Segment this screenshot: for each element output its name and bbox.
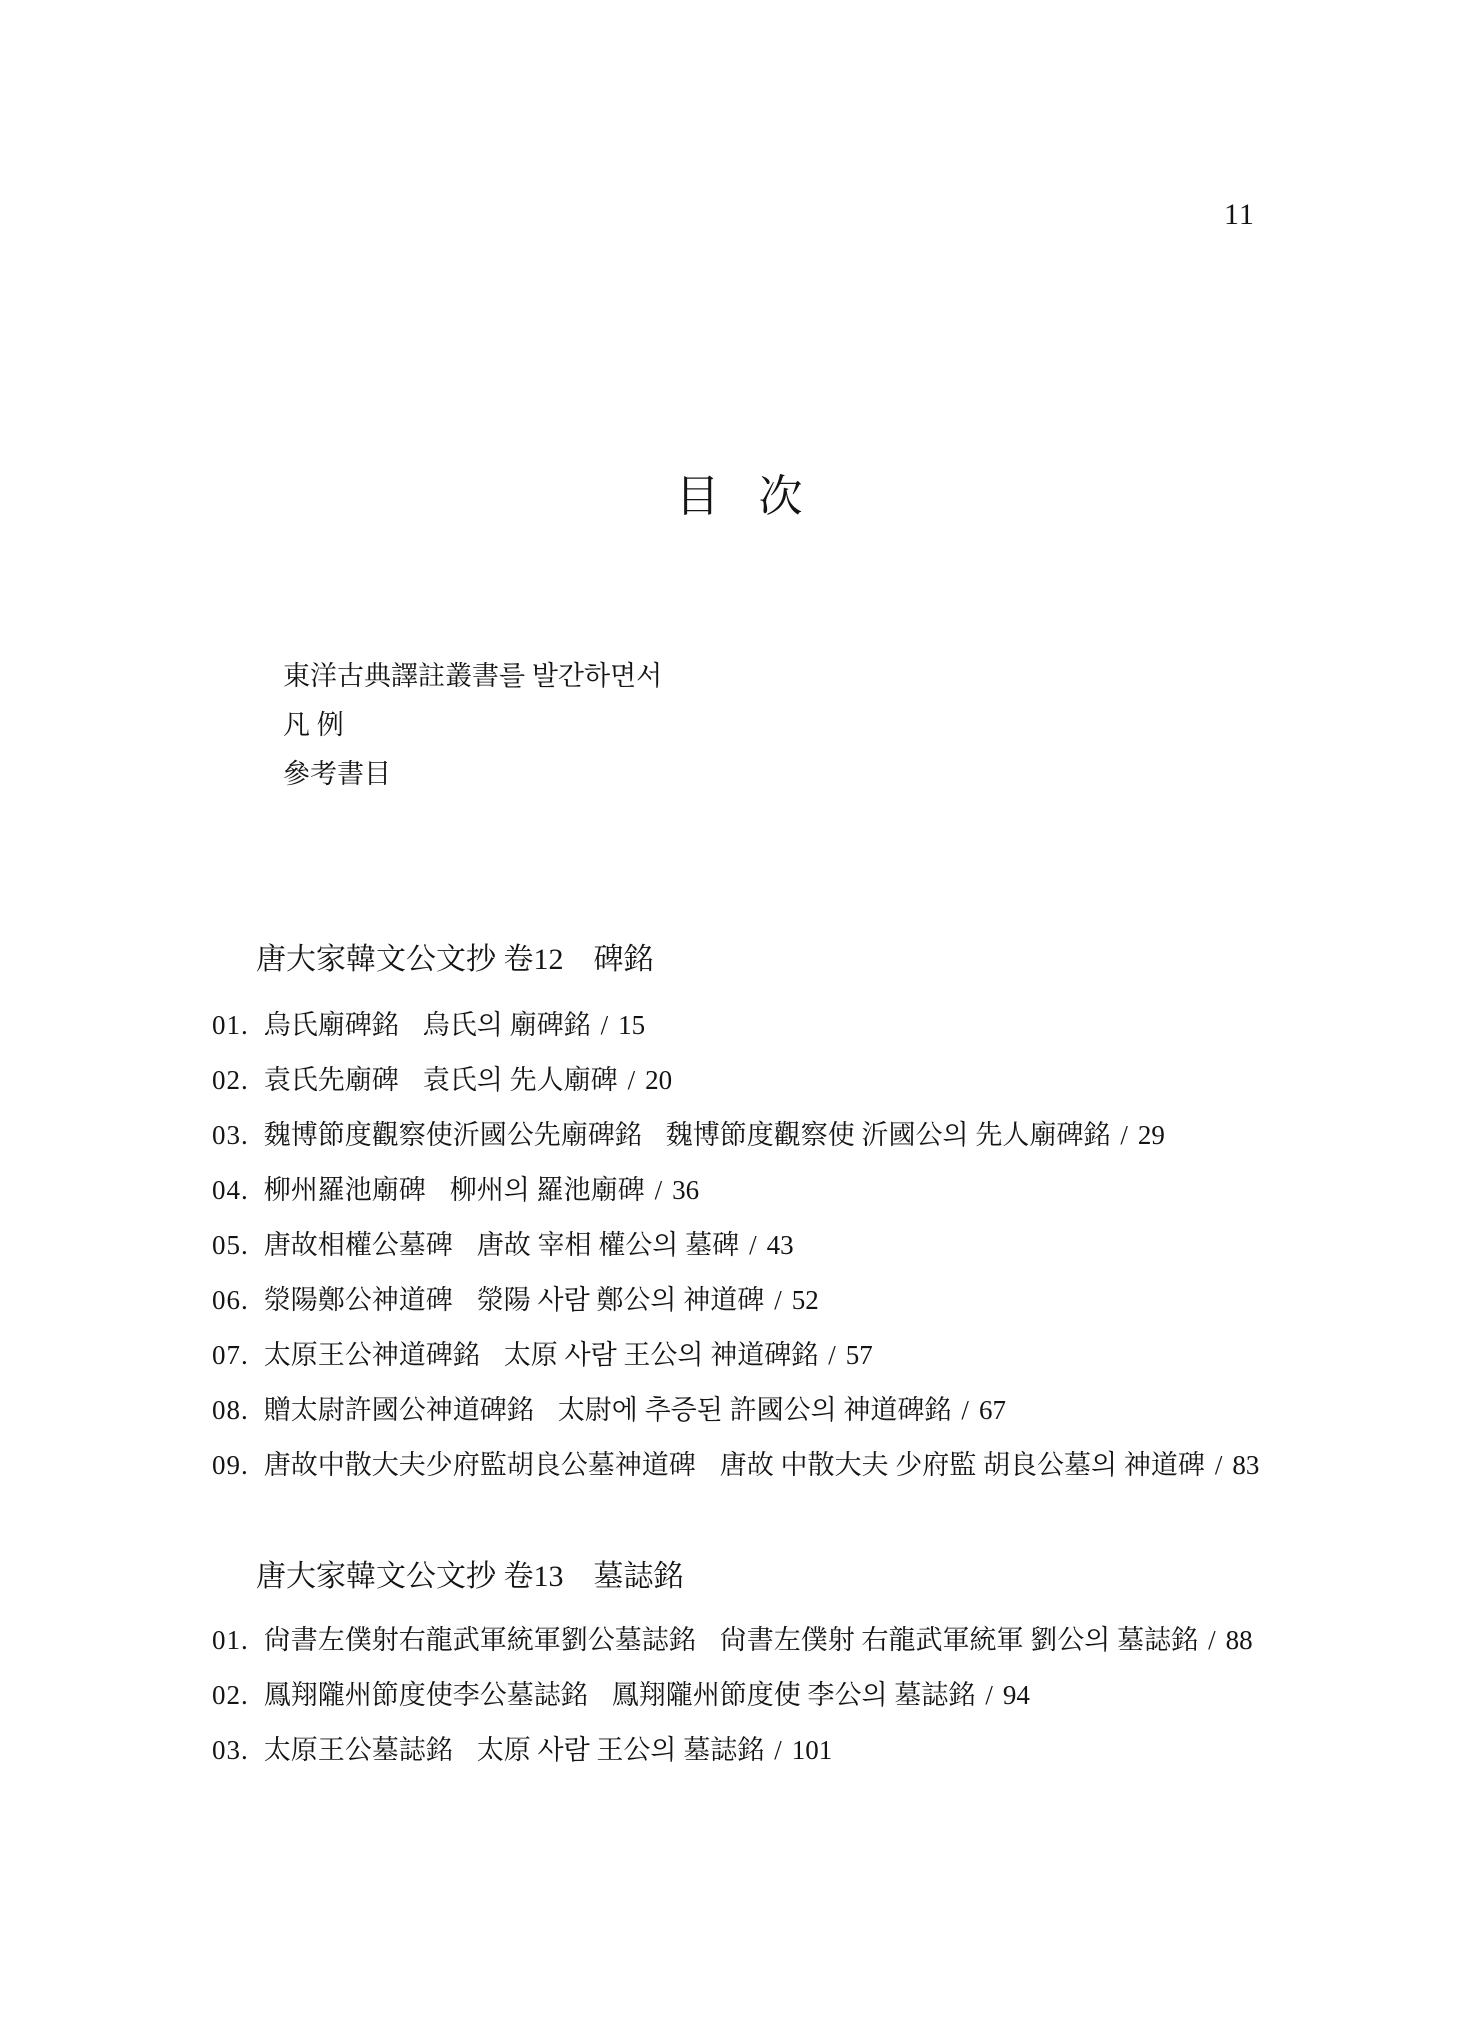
toc-item: 02.袁氏先廟碑袁氏의 先人廟碑/20 xyxy=(212,1063,1259,1118)
item-title-hanja: 鳳翔隴州節度使李公墓誌銘 xyxy=(264,1680,588,1710)
item-number-dot: . xyxy=(241,1680,248,1710)
item-page-number: 94 xyxy=(1003,1680,1030,1710)
page-separator: / xyxy=(655,1175,663,1205)
item-number: 02 xyxy=(212,1680,241,1710)
item-title-hanja: 柳州羅池廟碑 xyxy=(264,1175,426,1205)
item-number-dot: . xyxy=(241,1065,248,1095)
item-number-dot: . xyxy=(241,1175,248,1205)
item-title-korean: 唐故 宰相 權公의 墓碑 xyxy=(477,1230,739,1260)
toc-item: 01.尙書左僕射右龍武軍統軍劉公墓誌銘尙書左僕射 右龍武軍統軍 劉公의 墓誌銘/… xyxy=(212,1623,1253,1678)
page-separator: / xyxy=(774,1735,782,1765)
item-title-hanja: 袁氏先廟碑 xyxy=(264,1065,399,1095)
page-separator: / xyxy=(961,1395,969,1425)
item-number: 03 xyxy=(212,1735,241,1765)
toc-item: 07.太原王公神道碑銘太原 사람 王公의 神道碑銘/57 xyxy=(212,1338,1259,1393)
toc-list-vol12: 01.烏氏廟碑銘烏氏의 廟碑銘/15 02.袁氏先廟碑袁氏의 先人廟碑/20 0… xyxy=(212,1008,1259,1503)
item-title-korean: 滎陽 사람 鄭公의 神道碑 xyxy=(477,1285,765,1315)
page-separator: / xyxy=(985,1680,993,1710)
item-page-number: 43 xyxy=(767,1230,794,1260)
item-title-hanja: 太原王公神道碑銘 xyxy=(264,1340,480,1370)
item-title-korean: 太原 사람 王公의 墓誌銘 xyxy=(477,1735,765,1765)
toc-item: 05.唐故相權公墓碑唐故 宰相 權公의 墓碑/43 xyxy=(212,1228,1259,1283)
front-matter-list: 東洋古典譯註叢書를 발간하면서 凡 例 參考書目 xyxy=(283,660,662,807)
page-separator: / xyxy=(1208,1625,1216,1655)
item-number: 01 xyxy=(212,1010,241,1040)
page-separator: / xyxy=(1120,1120,1128,1150)
item-title-korean: 鳳翔隴州節度使 李公의 墓誌銘 xyxy=(612,1680,976,1710)
item-number: 07 xyxy=(212,1340,241,1370)
item-title-hanja: 魏博節度觀察使沂國公先廟碑銘 xyxy=(264,1120,642,1150)
document-page: 11 目 次 東洋古典譯註叢書를 발간하면서 凡 例 參考書目 唐大家韓文公文抄… xyxy=(0,0,1480,2024)
item-title-korean: 尙書左僕射 右龍武軍統軍 劉公의 墓誌銘 xyxy=(720,1625,1198,1655)
page-separator: / xyxy=(749,1230,757,1260)
toc-item: 04.柳州羅池廟碑柳州의 羅池廟碑/36 xyxy=(212,1173,1259,1228)
item-title-hanja: 唐故中散大夫少府監胡良公墓神道碑 xyxy=(264,1450,696,1480)
item-number-dot: . xyxy=(241,1230,248,1260)
item-title-hanja: 滎陽鄭公神道碑 xyxy=(264,1285,453,1315)
item-title-korean: 魏博節度觀察使 沂國公의 先人廟碑銘 xyxy=(666,1120,1111,1150)
item-title-korean: 烏氏의 廟碑銘 xyxy=(423,1010,591,1040)
page-separator: / xyxy=(628,1065,636,1095)
item-title-hanja: 贈太尉許國公神道碑銘 xyxy=(264,1395,534,1425)
item-title-korean: 太尉에 추증된 許國公의 神道碑銘 xyxy=(558,1395,952,1425)
item-title-hanja: 烏氏廟碑銘 xyxy=(264,1010,399,1040)
item-number-dot: . xyxy=(241,1395,248,1425)
page-number: 11 xyxy=(1224,198,1255,232)
item-title-korean: 柳州의 羅池廟碑 xyxy=(450,1175,645,1205)
item-title-korean: 袁氏의 先人廟碑 xyxy=(423,1065,618,1095)
page-title: 目 次 xyxy=(0,460,1480,524)
item-number: 04 xyxy=(212,1175,241,1205)
item-number: 02 xyxy=(212,1065,241,1095)
item-page-number: 52 xyxy=(792,1285,819,1315)
item-page-number: 29 xyxy=(1138,1120,1165,1150)
front-matter-item: 凡 例 xyxy=(283,709,662,758)
toc-item: 01.烏氏廟碑銘烏氏의 廟碑銘/15 xyxy=(212,1008,1259,1063)
item-number-dot: . xyxy=(241,1285,248,1315)
item-number: 06 xyxy=(212,1285,241,1315)
item-title-hanja: 唐故相權公墓碑 xyxy=(264,1230,453,1260)
toc-item: 03.魏博節度觀察使沂國公先廟碑銘魏博節度觀察使 沂國公의 先人廟碑銘/29 xyxy=(212,1118,1259,1173)
item-title-hanja: 尙書左僕射右龍武軍統軍劉公墓誌銘 xyxy=(264,1625,696,1655)
item-title-korean: 唐故 中散大夫 少府監 胡良公墓의 神道碑 xyxy=(720,1450,1205,1480)
item-page-number: 36 xyxy=(672,1175,699,1205)
item-number-dot: . xyxy=(241,1735,248,1765)
item-title-korean: 太原 사람 王公의 神道碑銘 xyxy=(504,1340,819,1370)
item-page-number: 101 xyxy=(792,1735,833,1765)
item-number-dot: . xyxy=(241,1340,248,1370)
front-matter-item: 東洋古典譯註叢書를 발간하면서 xyxy=(283,660,662,709)
page-separator: / xyxy=(774,1285,782,1315)
item-page-number: 67 xyxy=(979,1395,1006,1425)
item-number-dot: . xyxy=(241,1010,248,1040)
item-page-number: 83 xyxy=(1232,1450,1259,1480)
item-number-dot: . xyxy=(241,1450,248,1480)
item-page-number: 20 xyxy=(645,1065,672,1095)
toc-item: 03.太原王公墓誌銘太原 사람 王公의 墓誌銘/101 xyxy=(212,1733,1253,1788)
item-number: 01 xyxy=(212,1625,241,1655)
item-number-dot: . xyxy=(241,1120,248,1150)
item-number: 09 xyxy=(212,1450,241,1480)
item-number: 05 xyxy=(212,1230,241,1260)
item-page-number: 15 xyxy=(618,1010,645,1040)
section-heading-vol13: 唐大家韓文公文抄 卷13 墓誌銘 xyxy=(256,1551,684,1595)
toc-item: 08.贈太尉許國公神道碑銘太尉에 추증된 許國公의 神道碑銘/67 xyxy=(212,1393,1259,1448)
item-number: 03 xyxy=(212,1120,241,1150)
section-heading-vol12: 唐大家韓文公文抄 卷12 碑銘 xyxy=(256,934,654,978)
page-separator: / xyxy=(828,1340,836,1370)
item-number: 08 xyxy=(212,1395,241,1425)
front-matter-item: 參考書目 xyxy=(283,758,662,807)
item-page-number: 88 xyxy=(1226,1625,1253,1655)
page-separator: / xyxy=(601,1010,609,1040)
toc-list-vol13: 01.尙書左僕射右龍武軍統軍劉公墓誌銘尙書左僕射 右龍武軍統軍 劉公의 墓誌銘/… xyxy=(212,1623,1253,1788)
item-page-number: 57 xyxy=(846,1340,873,1370)
page-separator: / xyxy=(1215,1450,1223,1480)
toc-item: 09.唐故中散大夫少府監胡良公墓神道碑唐故 中散大夫 少府監 胡良公墓의 神道碑… xyxy=(212,1448,1259,1503)
toc-item: 02.鳳翔隴州節度使李公墓誌銘鳳翔隴州節度使 李公의 墓誌銘/94 xyxy=(212,1678,1253,1733)
toc-item: 06.滎陽鄭公神道碑滎陽 사람 鄭公의 神道碑/52 xyxy=(212,1283,1259,1338)
item-title-hanja: 太原王公墓誌銘 xyxy=(264,1735,453,1765)
item-number-dot: . xyxy=(241,1625,248,1655)
